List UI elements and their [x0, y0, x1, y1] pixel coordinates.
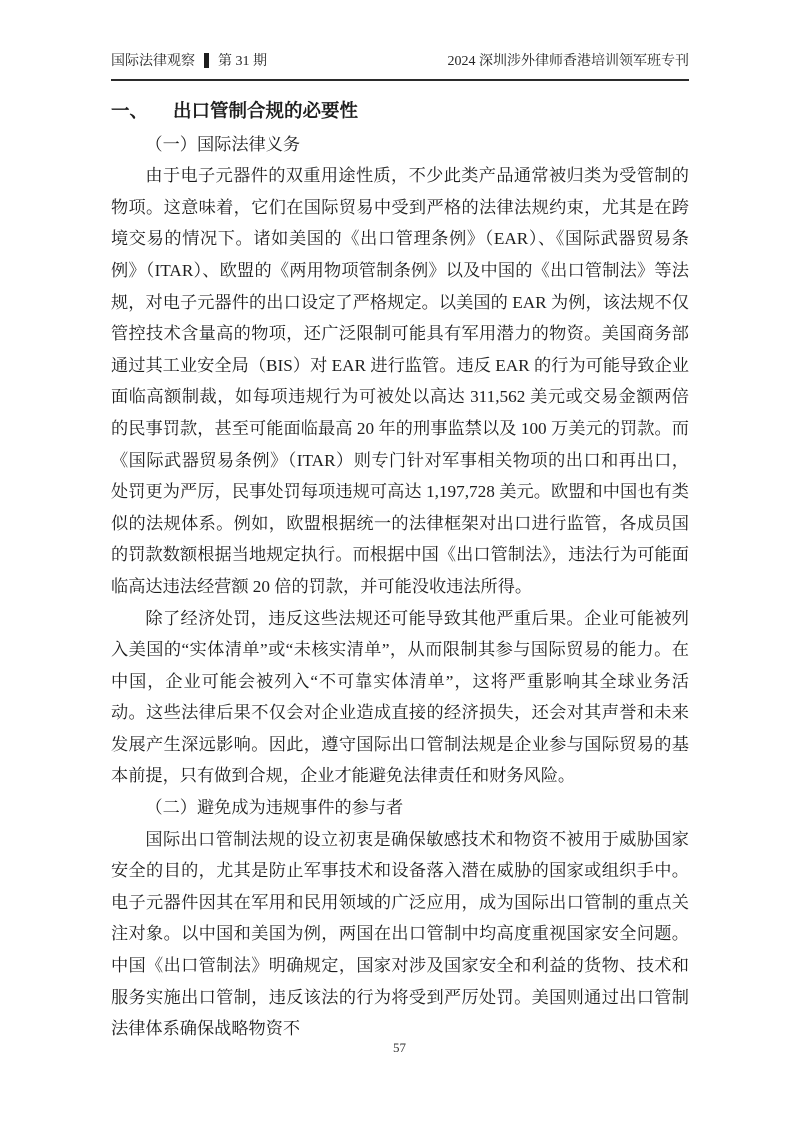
page-body: 一、出口管制合规的必要性 （一）国际法律义务 由于电子元器件的双重用途性质，不少…: [111, 97, 689, 1045]
header-right: 2024 深圳涉外律师香港培训领军班专刊: [448, 50, 690, 70]
paragraph-2: 除了经济处罚，违反这些法规还可能导致其他严重后果。企业可能被列入美国的“实体清单…: [111, 603, 689, 793]
subsection-heading-2: （二）避免成为违规事件的参与者: [111, 792, 689, 824]
header-left: 国际法律观察 第 31 期: [111, 50, 267, 70]
section-heading: 一、出口管制合规的必要性: [111, 97, 689, 129]
subsection-heading-1: （一）国际法律义务: [111, 129, 689, 161]
journal-name: 国际法律观察: [111, 50, 195, 70]
page-footer: 57: [0, 1040, 799, 1056]
document-page: 国际法律观察 第 31 期 2024 深圳涉外律师香港培训领军班专刊 一、出口管…: [0, 0, 799, 1129]
page-number: 57: [393, 1040, 406, 1055]
section-heading-number: 一、: [111, 102, 148, 122]
page-header: 国际法律观察 第 31 期 2024 深圳涉外律师香港培训领军班专刊: [111, 50, 689, 81]
section-heading-text: 出口管制合规的必要性: [173, 102, 358, 122]
paragraph-3: 国际出口管制法规的设立初衷是确保敏感技术和物资不被用于威胁国家安全的目的，尤其是…: [111, 824, 689, 1045]
issue-number: 第 31 期: [218, 50, 267, 70]
publication-title: 2024 深圳涉外律师香港培训领军班专刊: [448, 54, 690, 69]
paragraph-1: 由于电子元器件的双重用途性质，不少此类产品通常被归类为受管制的物项。这意味着，它…: [111, 160, 689, 602]
header-separator-bar-icon: [204, 53, 209, 68]
